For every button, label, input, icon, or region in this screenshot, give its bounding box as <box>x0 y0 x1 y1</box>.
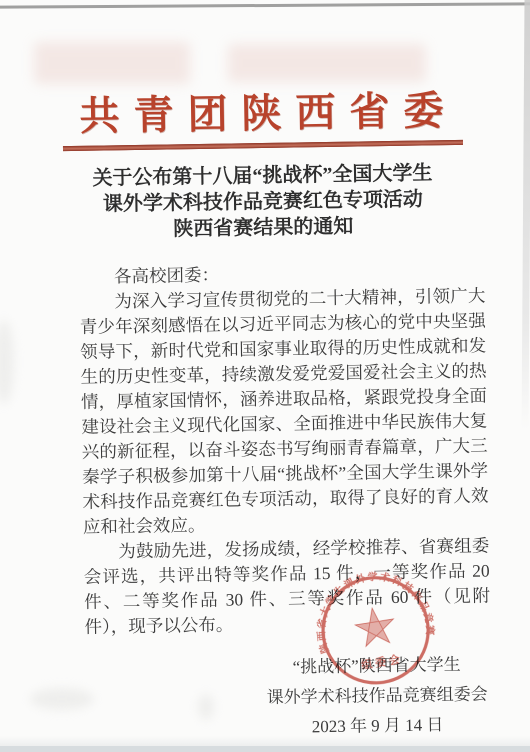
scanned-notice-page: 共青团陕西省委 关于公布第十八届“挑战杯”全国大学生 课外学术科技作品竞赛红色专… <box>0 0 530 752</box>
notice-title: 关于公布第十八届“挑战杯”全国大学生 课外学术科技作品竞赛红色专项活动 陕西省赛… <box>0 158 528 244</box>
paragraph-1: 为深入学习宣传贯彻党的二十大精神，引领广大青少年深刻感悟在以习近平同志为核心的党… <box>79 283 489 539</box>
letterhead-org-name: 共青团陕西省委 <box>0 86 527 142</box>
signature-date: 2023 年 9 月 14 日 <box>267 709 488 742</box>
official-red-seal: 陕西省大学生课外学术科技作品竞赛 组 委 会 <box>306 560 446 700</box>
seal-center-text: 组 委 会 <box>360 652 401 672</box>
letterhead-red-rule <box>63 140 463 151</box>
seal-star-icon <box>353 605 397 647</box>
